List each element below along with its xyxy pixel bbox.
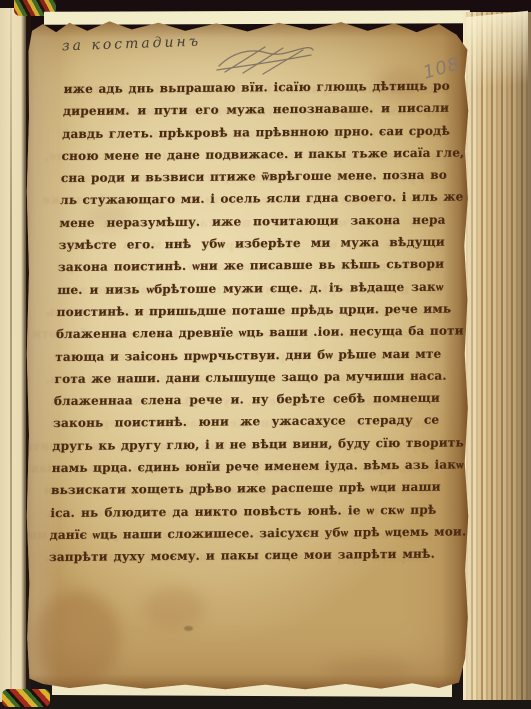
manuscript-leaf: иже адь днь вьпрашаю вїи. ісаїю глющь дѣ…	[25, 16, 470, 692]
manuscript-text-line: ль стужающаго ми. і осель ясли гдна свое…	[60, 186, 447, 212]
manuscript-text-line: вьзискати хощеть дрѣво иже распеше прѣ ѡ…	[51, 476, 438, 502]
manuscript-text-line: блаженна єлена древнїе ѡць ваши .іои. не…	[56, 320, 443, 346]
manuscript-text-line: диреним. и пути его мужа непознаваше. и …	[63, 97, 450, 123]
manuscript-text-line: законь поистинѣ. юни же ужасахусе стерад…	[53, 409, 440, 435]
manuscript-text-line: запрѣти духу моєму. и пакы сице мои запр…	[49, 543, 436, 569]
paper-stain	[35, 591, 120, 686]
manuscript-text-line: іса. нь блюдите да никто повѣсть юнѣ. іе…	[50, 498, 437, 524]
owner-annotation: за костадинъ	[62, 34, 202, 55]
ink-speck	[184, 626, 193, 631]
manuscript-text-line: тающа и заісонь прѡрчьствуи. дни бѡ рѣше…	[55, 342, 442, 368]
pencil-scribble	[213, 42, 317, 76]
fore-edge-page-stack	[463, 12, 531, 700]
manuscript-photo: иже адь днь вьпрашаю вїи. ісаїю глющь дѣ…	[0, 0, 531, 709]
manuscript-text-line: давдь глеть. прѣкровѣ на прѣвнною прно. …	[62, 119, 449, 145]
paper-stain	[325, 656, 415, 686]
manuscript-text-block: иже адь днь вьпрашаю вїи. ісаїю глющь дѣ…	[49, 75, 451, 569]
manuscript-text-line: закона поистинѣ. ѡни же писавше вь кѣшь …	[58, 253, 445, 279]
fore-edge-corner-highlight	[466, 11, 528, 92]
page-crease	[10, 8, 12, 702]
paper-stain	[143, 588, 205, 630]
headband-bottom	[2, 689, 50, 707]
